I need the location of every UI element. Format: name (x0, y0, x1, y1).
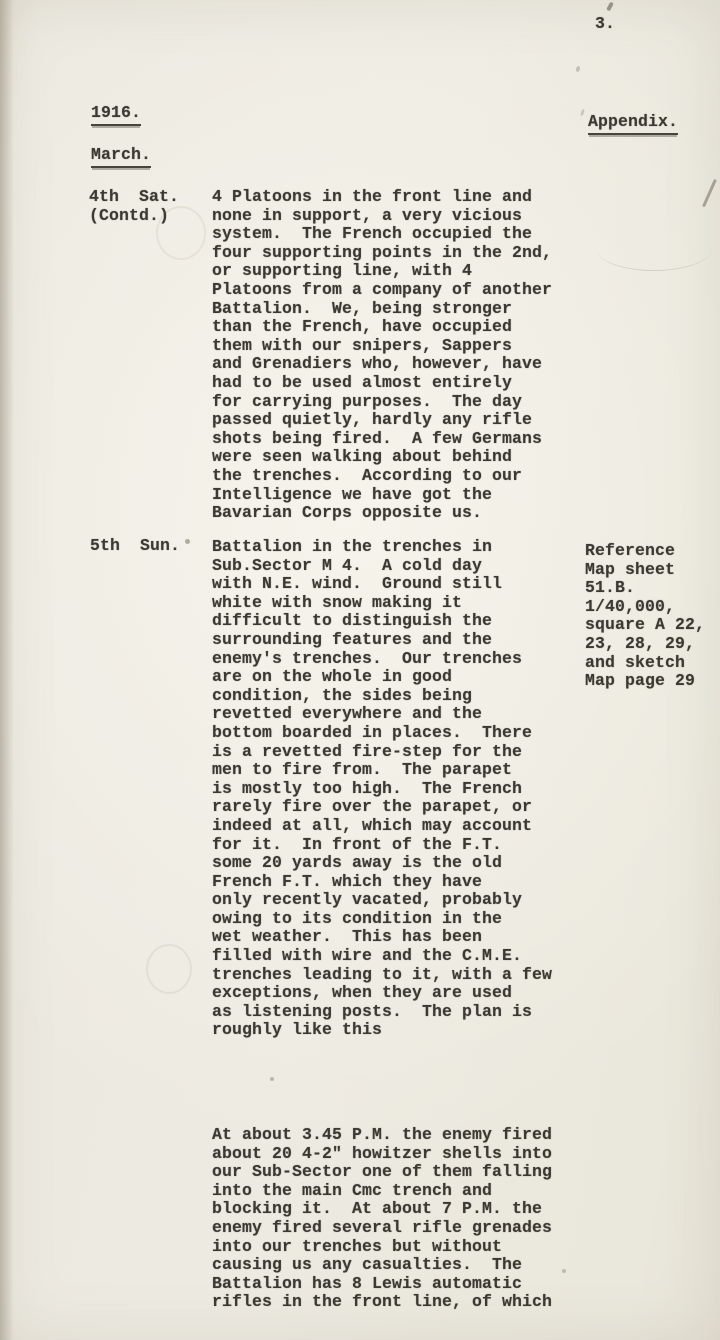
scan-edge-shadow (0, 0, 14, 1340)
page-number: 3. (595, 15, 615, 34)
entry-body-5th-sun-continued: At about 3.45 P.M. the enemy fired about… (212, 1126, 552, 1312)
ink-speck (575, 66, 580, 73)
entry-date-4th-sat-contd: 4th Sat. (Contd.) (89, 188, 179, 225)
diary-page: 3. 1916. Appendix. March. 4th Sat. (Cont… (0, 0, 720, 1340)
entry-body-5th-sun: Battalion in the trenches in Sub.Sector … (212, 538, 552, 1040)
ink-speck (185, 539, 190, 544)
pen-stroke-mark (702, 179, 716, 207)
map-reference-sidenote: Reference Map sheet 51.B. 1/40,000, squa… (585, 542, 705, 691)
month-heading: March. (91, 146, 151, 168)
ink-speck (580, 109, 585, 117)
ink-speck (606, 2, 614, 12)
paper-crease (596, 226, 712, 271)
entry-date-5th-sun: 5th Sun. (90, 537, 180, 556)
ink-speck (562, 1269, 566, 1273)
watermark-ring (146, 944, 192, 994)
appendix-heading: Appendix. (588, 113, 678, 135)
ink-speck (270, 1077, 274, 1081)
year-heading: 1916. (91, 104, 141, 126)
entry-body-4th-sat: 4 Platoons in the front line and none in… (212, 188, 552, 523)
